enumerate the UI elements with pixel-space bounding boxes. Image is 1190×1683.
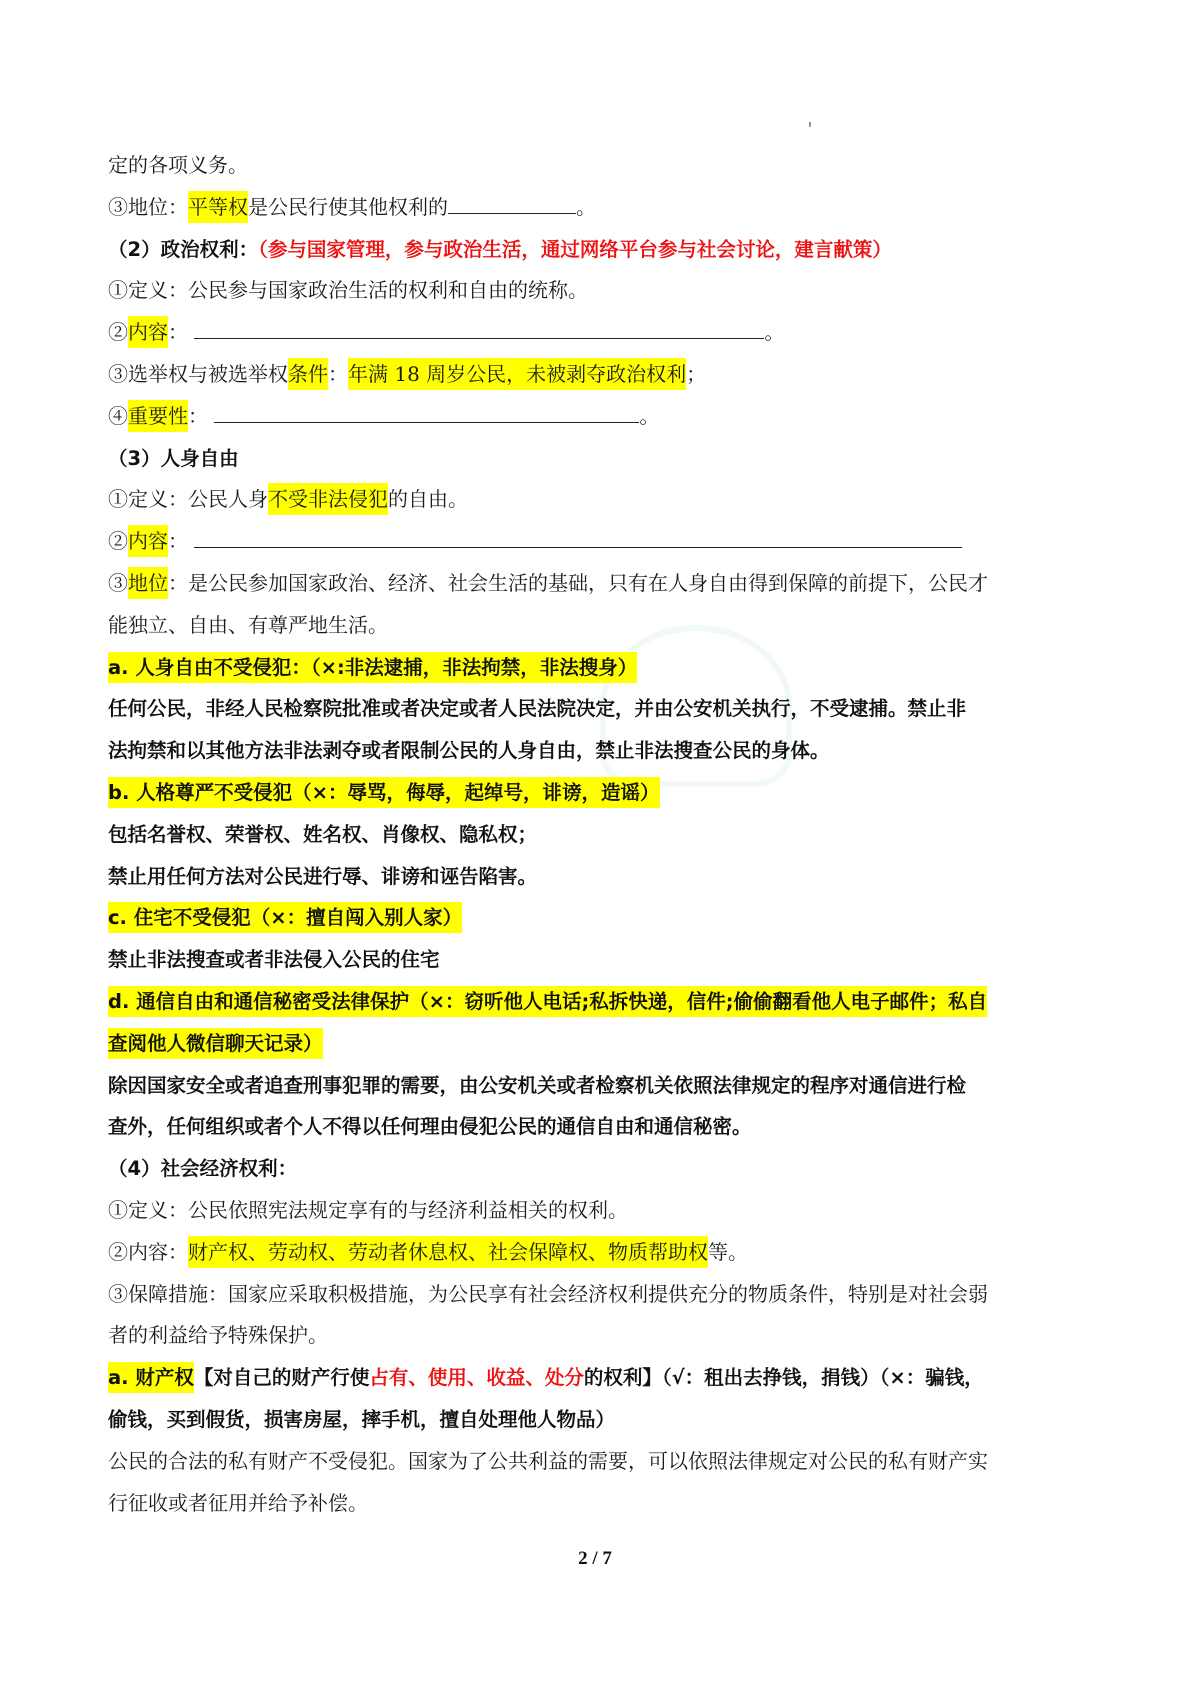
highlight-term: 内容 xyxy=(128,316,168,348)
importance-line: ④重要性： 。 xyxy=(108,396,1088,438)
paragraph-text: ③保障措施：国家应采取积极措施，为公民享有社会经济权利提供充分的物质条件，特别是… xyxy=(108,1282,988,1306)
political-content-line: ②内容： 。 xyxy=(108,312,1088,354)
section-heading-political-rights: （2）政治权利：（参与国家管理，参与政治生活，通过网络平台参与社会讨论，建言献策… xyxy=(108,229,1088,271)
highlight-term: 地位 xyxy=(128,567,168,599)
red-note: 占有、使用、收益、处分 xyxy=(369,1366,584,1389)
highlight-term: 内容 xyxy=(128,525,168,557)
label: ③地位： xyxy=(108,195,188,219)
highlight-term: c. 住宅不受侵犯（×：擅自闯入别人家） xyxy=(108,902,462,933)
subheading-b: b. 人格尊严不受侵犯（×：辱骂，侮辱，起绰号，诽谤，造谣） xyxy=(108,772,1088,814)
fill-blank[interactable] xyxy=(214,398,639,423)
punct: ： xyxy=(328,362,348,386)
text-line: ①定义：公民人身不受非法侵犯的自由。 xyxy=(108,479,1088,521)
text-line: 行征收或者征用并给予补偿。 xyxy=(108,1483,1088,1525)
paragraph-text: 的自由。 xyxy=(388,487,468,511)
highlight-term: 平等权 xyxy=(188,191,248,223)
heading-text: （2）政治权利： xyxy=(108,238,258,261)
label: ③选举权与被选举权 xyxy=(108,362,288,386)
text-line: 禁止非法搜查或者非法侵入公民的住宅 xyxy=(108,939,1088,981)
election-condition-line: ③选举权与被选举权条件：年满 18 周岁公民，未被剥夺政治权利； xyxy=(108,354,1088,396)
text-line: 公民的合法的私有财产不受侵犯。国家为了公共利益的需要，可以依照法律规定对公民的私… xyxy=(108,1441,1088,1483)
paragraph-text: 查外，任何组织或者个人不得以任何理由侵犯公民的通信自由和通信秘密。 xyxy=(108,1115,752,1138)
subheading-c: c. 住宅不受侵犯（×：擅自闯入别人家） xyxy=(108,897,1088,939)
punct: 。 xyxy=(764,320,784,344)
highlight-term: 财产权、劳动权、劳动者休息权、社会保障权、物质帮助权 xyxy=(188,1236,708,1268)
paragraph-text: 者的利益给予特殊保护。 xyxy=(108,1323,328,1347)
equality-status-line: ③地位：平等权是公民行使其他权利的。 xyxy=(108,187,1088,229)
highlight-term: 不受非法侵犯 xyxy=(268,483,388,515)
highlight-term: 查阅他人微信聊天记录） xyxy=(108,1028,323,1059)
paragraph-text: 行征收或者征用并给予补偿。 xyxy=(108,1491,368,1515)
text-line: ①定义：公民参与国家政治生活的权利和自由的统称。 xyxy=(108,270,1088,312)
text-line: ①定义：公民依照宪法规定享有的与经济利益相关的权利。 xyxy=(108,1190,1088,1232)
paragraph-text: 除因国家安全或者追查刑事犯罪的需要，由公安机关或者检察机关依照法律规定的程序对通… xyxy=(108,1074,966,1097)
highlight-term: 年满 18 周岁公民，未被剥夺政治权利 xyxy=(348,358,686,390)
text-line: 包括名誉权、荣誉权、姓名权、肖像权、隐私权； xyxy=(108,814,1088,856)
paragraph-text: 公民的合法的私有财产不受侵犯。国家为了公共利益的需要，可以依照法律规定对公民的私… xyxy=(108,1449,988,1473)
highlight-term: 重要性 xyxy=(128,400,188,432)
text-line: ②内容：财产权、劳动权、劳动者休息权、社会保障权、物质帮助权等。 xyxy=(108,1232,1088,1274)
punct: 。 xyxy=(576,195,596,219)
red-note: （参与国家管理，参与政治生活，通过网络平台参与社会讨论，建言献策） xyxy=(258,238,892,261)
paragraph-text: 包括名誉权、荣誉权、姓名权、肖像权、隐私权； xyxy=(108,823,537,846)
text-line: 除因国家安全或者追查刑事犯罪的需要，由公安机关或者检察机关依照法律规定的程序对通… xyxy=(108,1065,1088,1107)
subheading-a: a. 人身自由不受侵犯：（×:非法逮捕，非法拘禁，非法搜身） xyxy=(108,647,1088,689)
highlight-term: d. 通信自由和通信秘密受法律保护（×：窃听他人电话;私拆快递，信件;偷偷翻看他… xyxy=(108,986,987,1017)
highlight-term: a. 人身自由不受侵犯：（×:非法逮捕，非法拘禁，非法搜身） xyxy=(108,652,637,683)
property-right-line: a. 财产权【对自己的财产行使占有、使用、收益、处分的权利】（√：租出去挣钱，捐… xyxy=(108,1357,1088,1399)
heading-text: （4）社会经济权利： xyxy=(108,1157,297,1180)
punct: ： xyxy=(168,529,188,553)
label: ①定义：公民人身 xyxy=(108,487,268,511)
text-line: 者的利益给予特殊保护。 xyxy=(108,1315,1088,1357)
text-line: 查外，任何组织或者个人不得以任何理由侵犯公民的通信自由和通信秘密。 xyxy=(108,1106,1088,1148)
text-line: 能独立、自由、有尊严地生活。 xyxy=(108,605,1088,647)
label: ② xyxy=(108,529,128,553)
paragraph-text: 定的各项义务。 xyxy=(108,153,248,177)
text-line: 禁止用任何方法对公民进行辱、诽谤和诬告陷害。 xyxy=(108,856,1088,898)
paragraph-text: 是公民行使其他权利的 xyxy=(248,195,448,219)
paragraph-text: 法拘禁和以其他方法非法剥夺或者限制公民的人身自由，禁止非法搜查公民的身体。 xyxy=(108,739,830,762)
highlight-term: 条件 xyxy=(288,358,328,390)
label: ② xyxy=(108,320,128,344)
paragraph-text: 的权利】（√：租出去挣钱，捐钱）（×：骗钱， xyxy=(584,1366,984,1389)
text-line: 法拘禁和以其他方法非法剥夺或者限制公民的人身自由，禁止非法搜查公民的身体。 xyxy=(108,730,1088,772)
fill-blank[interactable] xyxy=(194,314,764,339)
punct: 。 xyxy=(639,404,659,428)
section-heading-economic-rights: （4）社会经济权利： xyxy=(108,1148,1088,1190)
fill-blank[interactable] xyxy=(448,189,576,214)
label: ③ xyxy=(108,571,128,595)
paragraph-text: ①定义：公民参与国家政治生活的权利和自由的统称。 xyxy=(108,278,588,302)
paragraph-text: ：是公民参加国家政治、经济、社会生活的基础，只有在人身自由得到保障的前提下，公民… xyxy=(168,571,988,595)
header-mark xyxy=(809,122,811,127)
fill-blank[interactable] xyxy=(194,523,962,548)
paragraph-text: 禁止非法搜查或者非法侵入公民的住宅 xyxy=(108,948,440,971)
text-line: 偷钱，买到假货，损害房屋，摔手机，擅自处理他人物品） xyxy=(108,1399,1088,1441)
paragraph-text: 【对自己的财产行使 xyxy=(194,1366,370,1389)
paragraph-text: ①定义：公民依照宪法规定享有的与经济利益相关的权利。 xyxy=(108,1198,628,1222)
freedom-content-line: ②内容： xyxy=(108,521,1088,563)
label: ④ xyxy=(108,404,128,428)
paragraph-text: 能独立、自由、有尊严地生活。 xyxy=(108,613,388,637)
highlight-term: b. 人格尊严不受侵犯（×：辱骂，侮辱，起绰号，诽谤，造谣） xyxy=(108,777,660,808)
label: ②内容： xyxy=(108,1240,188,1264)
punct: ： xyxy=(168,320,188,344)
subheading-d: d. 通信自由和通信秘密受法律保护（×：窃听他人电话;私拆快递，信件;偷偷翻看他… xyxy=(108,981,1088,1023)
text-line: ③保障措施：国家应采取积极措施，为公民享有社会经济权利提供充分的物质条件，特别是… xyxy=(108,1274,1088,1316)
document-page: 定的各项义务。 ③地位：平等权是公民行使其他权利的。 （2）政治权利：（参与国家… xyxy=(108,145,1088,1524)
subheading-d-cont: 查阅他人微信聊天记录） xyxy=(108,1023,1088,1065)
punct: 等。 xyxy=(708,1240,748,1264)
text-line: 任何公民，非经人民检察院批准或者决定或者人民法院决定，并由公安机关执行，不受逮捕… xyxy=(108,688,1088,730)
highlight-term: a. 财产权 xyxy=(108,1362,194,1393)
paragraph-text: 禁止用任何方法对公民进行辱、诽谤和诬告陷害。 xyxy=(108,865,537,888)
text-line: ③地位：是公民参加国家政治、经济、社会生活的基础，只有在人身自由得到保障的前提下… xyxy=(108,563,1088,605)
text-line: 定的各项义务。 xyxy=(108,145,1088,187)
section-heading-personal-freedom: （3）人身自由 xyxy=(108,438,1088,480)
paragraph-text: 任何公民，非经人民检察院批准或者决定或者人民法院决定，并由公安机关执行，不受逮捕… xyxy=(108,697,966,720)
heading-text: （3）人身自由 xyxy=(108,447,239,470)
punct: ： xyxy=(188,404,208,428)
punct: ； xyxy=(686,362,706,386)
page-number: 2 / 7 xyxy=(0,1548,1190,1570)
paragraph-text: 偷钱，买到假货，损害房屋，摔手机，擅自处理他人物品） xyxy=(108,1408,615,1431)
